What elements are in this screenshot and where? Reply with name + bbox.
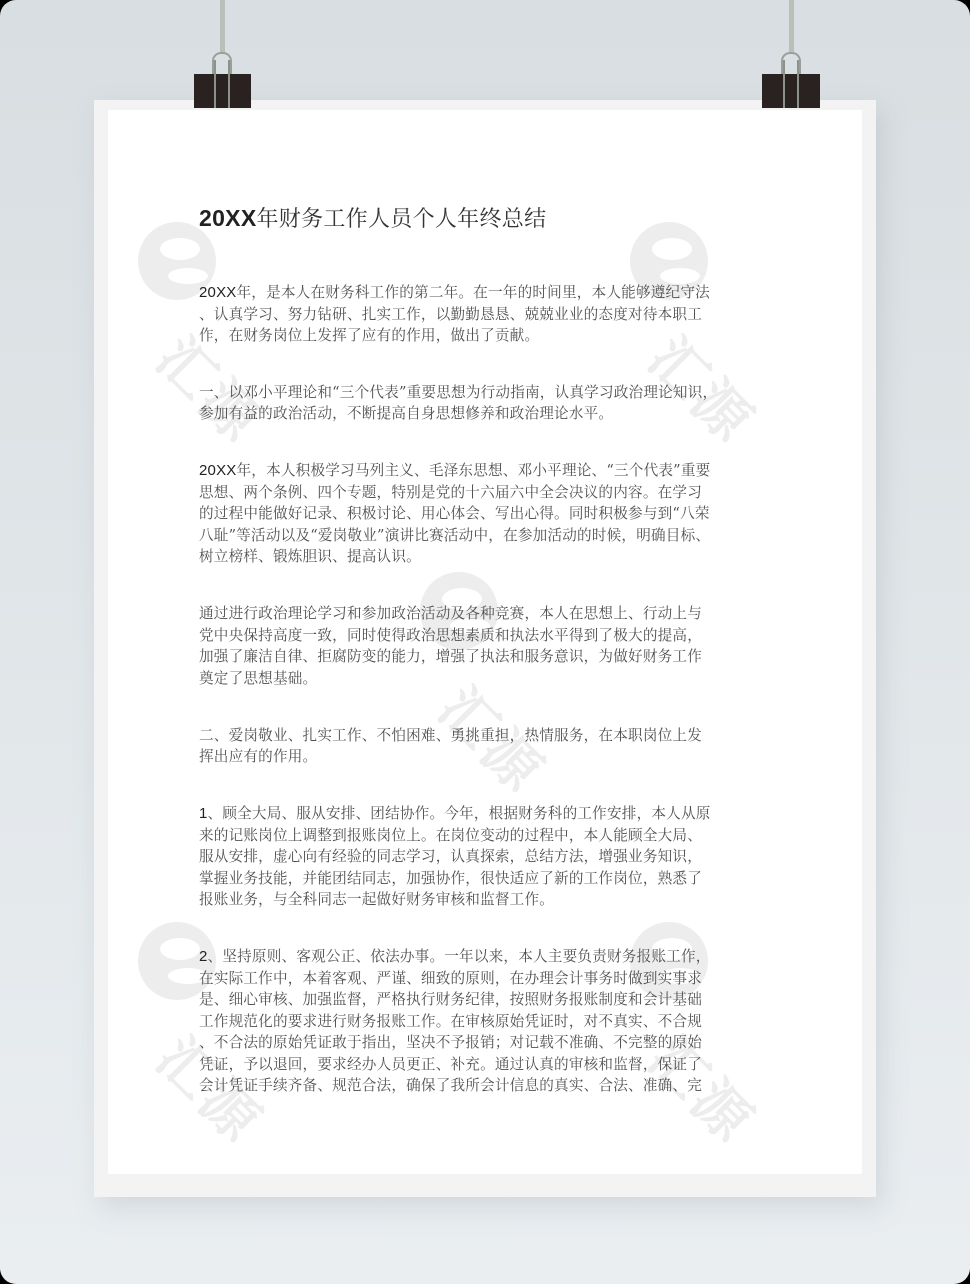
text-line: 奠定了思想基础。 [199,669,779,689]
item-number: 2 [199,948,208,965]
item-number: 1 [199,805,208,822]
hanging-string-right [789,0,794,52]
text-line: 加强了廉洁自律、拒腐防变的能力，增强了执法和服务意识，为做好财务工作 [199,647,779,667]
text-line: 作，在财务岗位上发挥了应有的作用，做出了贡献。 [199,326,779,346]
title-year: 20XX [199,205,256,231]
text-line: 报账业务，与全科同志一起做好财务审核和监督工作。 [199,890,779,910]
binder-clip-right-icon [762,74,820,108]
hanging-string-left [220,0,225,52]
text-line: 参加有益的政治活动，不断提高自身思想修养和政治理论水平。 [199,404,779,424]
text-line: 2、坚持原则、客观公正、依法办事。一年以来，本人主要负责财务报账工作， [199,947,779,967]
text-line: 挥出应有的作用。 [199,747,779,767]
text-line: 党中央保持高度一致，同时使得政治思想素质和执法水平得到了极大的提高， [199,626,779,646]
text-line: 思想、两个条例、四个专题，特别是党的十六届六中全会决议的内容。在学习 [199,483,779,503]
text-line: 、不合法的原始凭证敢于指出，坚决不予报销；对记载不准确、不完整的原始 [199,1033,779,1053]
line-text: 年，本人积极学习马列主义、毛泽东思想、邓小平理论、“三个代表”重要 [237,462,711,479]
text-line: 在实际工作中，本着客观、严谨、细致的原则，在办理会计事务时做到实事求 [199,969,779,989]
clip-leg [783,60,785,108]
line-text: 、坚持原则、客观公正、依法办事。一年以来，本人主要负责财务报账工作， [208,948,711,965]
document-sheet: 汇源 汇源 汇源 汇源 汇源 20XX年财务工作人员个人年终总结 20XX年，是… [108,110,862,1174]
text-line: 会计凭证手续齐备、规范合法，确保了我所会计信息的真实、合法、准确、完 [199,1076,779,1096]
text-line: 八耻”等活动以及“爱岗敬业”演讲比赛活动中，在参加活动的时候，明确目标、 [199,526,779,546]
text-line: 通过进行政治理论学习和参加政治活动及各种竞赛，本人在思想上、行动上与 [199,604,779,624]
text-line: 的过程中能做好记录、积极讨论、用心体会、写出心得。同时积极参与到“八荣 [199,504,779,524]
text-line: 1、顾全大局、服从安排、团结协作。今年，根据财务科的工作安排，本人从原 [199,804,779,824]
text-line: 掌握业务技能，并能团结同志，加强协作，很快适应了新的工作岗位，熟悉了 [199,869,779,889]
text-line: 二、爱岗敬业、扎实工作、不怕困难、勇挑重担，热情服务，在本职岗位上发 [199,726,779,746]
document-title: 20XX年财务工作人员个人年终总结 [199,202,546,233]
title-text: 年财务工作人员个人年终总结 [256,207,546,232]
line-text: 、顾全大局、服从安排、团结协作。今年，根据财务科的工作安排，本人从原 [208,805,711,822]
text-line: 凭证，予以退回，要求经办人员更正、补充。通过认真的审核和监督，保证了 [199,1055,779,1075]
clip-leg [797,60,799,108]
text-line: 工作规范化的要求进行财务报账工作。在审核原始凭证时，对不真实、不合规 [199,1012,779,1032]
text-line: 服从安排，虚心向有经验的同志学习，认真探索，总结方法，增强业务知识， [199,847,779,867]
clip-leg [228,60,230,108]
line-text: 年，是本人在财务科工作的第二年。在一年的时间里，本人能够遵纪守法 [237,284,710,301]
text-line: 20XX年，本人积极学习马列主义、毛泽东思想、邓小平理论、“三个代表”重要 [199,461,779,481]
poster-canvas: 汇源 汇源 汇源 汇源 汇源 20XX年财务工作人员个人年终总结 20XX年，是… [0,0,970,1284]
text-line: 来的记账岗位上调整到报账岗位上。在岗位变动的过程中，本人能顾全大局、 [199,826,779,846]
text-line: 是、细心审核、加强监督，严格执行财务纪律，按照财务报账制度和会计基础 [199,990,779,1010]
text-line: 一、以邓小平理论和“三个代表”重要思想为行动指南，认真学习政治理论知识， [199,383,779,403]
year-text: 20XX [199,284,237,301]
text-line: 20XX年，是本人在财务科工作的第二年。在一年的时间里，本人能够遵纪守法 [199,283,779,303]
text-line: 、认真学习、努力钻研、扎实工作，以勤勤恳恳、兢兢业业的态度对待本职工 [199,305,779,325]
clip-leg [214,60,216,108]
binder-clip-left-icon [194,74,251,108]
year-text: 20XX [199,462,237,479]
text-line: 树立榜样、锻炼胆识、提高认识。 [199,547,779,567]
